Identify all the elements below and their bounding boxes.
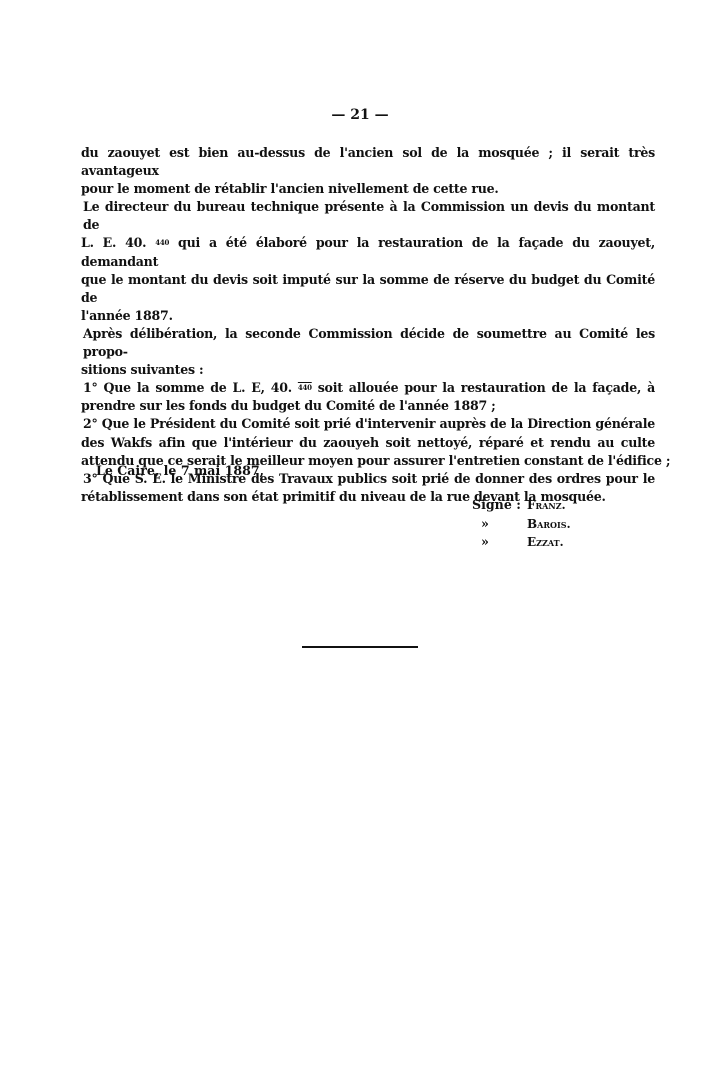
section-divider-rule [302, 646, 418, 648]
text-line: sitions suivantes : [81, 361, 655, 379]
signatory-name: Barois. [527, 515, 571, 534]
text-line: Le directeur du bureau technique présent… [81, 198, 655, 234]
text-line: l'année 1887. [81, 307, 655, 325]
text-segment: Que la somme de L. E, 40. [104, 380, 292, 395]
text-line: Après délibération, la seconde Commissio… [81, 325, 655, 361]
text-line: pour le moment de rétablir l'ancien nive… [81, 180, 655, 198]
text-segment: Que le Président du Comité soit prié d'i… [102, 416, 655, 431]
signed-label: Signé : [472, 496, 527, 515]
ditto-mark: » [472, 515, 527, 534]
text-line: L. E. 40. 440 qui a été élaboré pour la … [81, 234, 655, 270]
list-item-1: 1° Que la somme de L. E, 40. 440 soit al… [81, 379, 655, 397]
list-item-2: 2° Que le Président du Comité soit prié … [81, 415, 655, 433]
signature-row: » Ezzat. [472, 533, 571, 552]
text-segment: soit allouée pour la restauration de la … [318, 380, 655, 395]
amount-fraction: 440 [298, 383, 312, 392]
place-date: Le Caire, le 7 mai 1887, [96, 463, 264, 478]
text-line: prendre sur les fonds du budget du Comit… [81, 397, 655, 415]
list-marker: 2° [83, 416, 98, 431]
text-line: que le montant du devis soit imputé sur … [81, 271, 655, 307]
page-number: — 21 — [0, 107, 720, 123]
signatory-name: Ezzat. [527, 533, 564, 552]
text-line: du zaouyet est bien au-dessus de l'ancie… [81, 144, 655, 180]
signature-row: Signé : Franz. [472, 496, 571, 515]
signatures: Signé : Franz. » Barois. » Ezzat. [472, 496, 571, 552]
amount-fraction: 440 [155, 238, 169, 247]
body-text: du zaouyet est bien au-dessus de l'ancie… [81, 144, 655, 506]
ditto-mark: » [472, 533, 527, 552]
text-line: des Wakfs afin que l'intérieur du zaouye… [81, 434, 655, 452]
amount: L. E. 40. [81, 235, 146, 250]
signatory-name: Franz. [527, 496, 566, 515]
signature-row: » Barois. [472, 515, 571, 534]
list-marker: 1° [83, 380, 98, 395]
